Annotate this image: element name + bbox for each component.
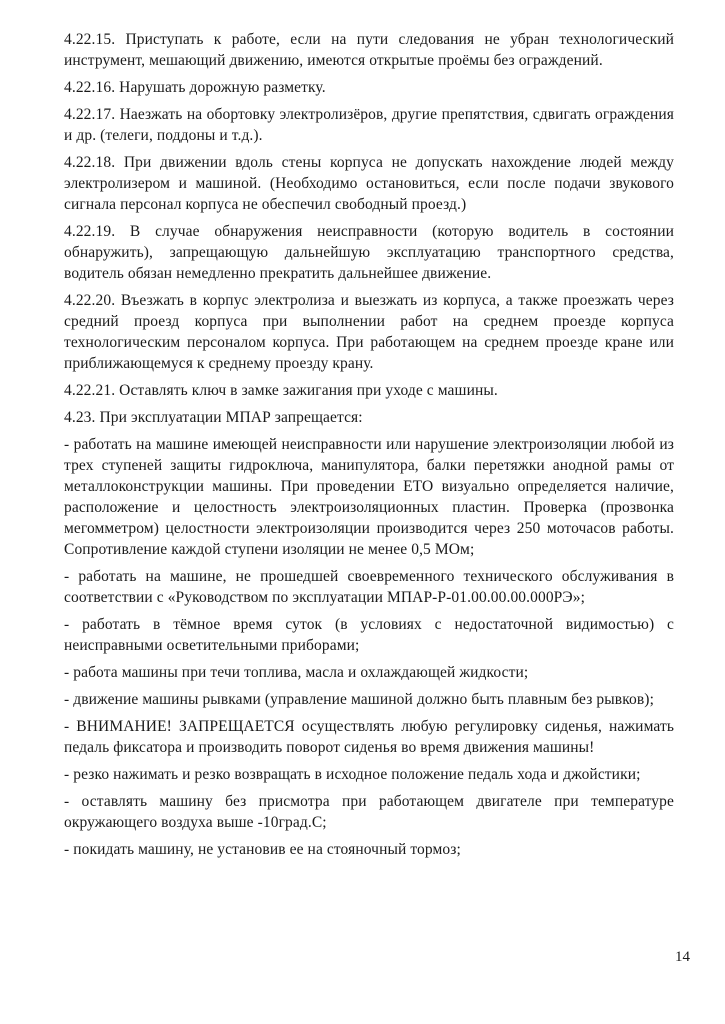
paragraph-4-22-19: 4.22.19. В случае обнаружения неисправно…	[64, 221, 674, 284]
list-item-jerky-movement: - движение машины рывками (управление ма…	[64, 689, 674, 710]
list-item-seat-warning: - ВНИМАНИЕ! ЗАПРЕЩАЕТСЯ осуществлять люб…	[64, 716, 674, 758]
paragraph-4-22-20: 4.22.20. Въезжать в корпус электролиза и…	[64, 290, 674, 374]
list-item-maintenance: - работать на машине, не прошедшей своев…	[64, 566, 674, 608]
document-text-block: 4.22.15. Приступать к работе, если на пу…	[64, 29, 674, 866]
list-item-dark-time: - работать в тёмное время суток (в услов…	[64, 614, 674, 656]
document-page: 4.22.15. Приступать к работе, если на пу…	[0, 0, 725, 1024]
paragraph-4-22-21: 4.22.21. Оставлять ключ в замке зажигани…	[64, 380, 674, 401]
page-number: 14	[675, 948, 690, 966]
list-item-parking-brake: - покидать машину, не установив ее на ст…	[64, 839, 674, 860]
list-item-electroinsulation: - работать на машине имеющей неисправнос…	[64, 434, 674, 560]
list-item-unattended-engine: - оставлять машину без присмотра при раб…	[64, 791, 674, 833]
paragraph-4-22-17: 4.22.17. Наезжать на обортовку электроли…	[64, 104, 674, 146]
list-item-leaks: - работа машины при течи топлива, масла …	[64, 662, 674, 683]
paragraph-4-22-16: 4.22.16. Нарушать дорожную разметку.	[64, 77, 674, 98]
paragraph-4-22-18: 4.22.18. При движении вдоль стены корпус…	[64, 152, 674, 215]
paragraph-4-22-15: 4.22.15. Приступать к работе, если на пу…	[64, 29, 674, 71]
paragraph-4-23-heading: 4.23. При эксплуатации МПАР запрещается:	[64, 407, 674, 428]
list-item-pedal-joysticks: - резко нажимать и резко возвращать в ис…	[64, 764, 674, 785]
